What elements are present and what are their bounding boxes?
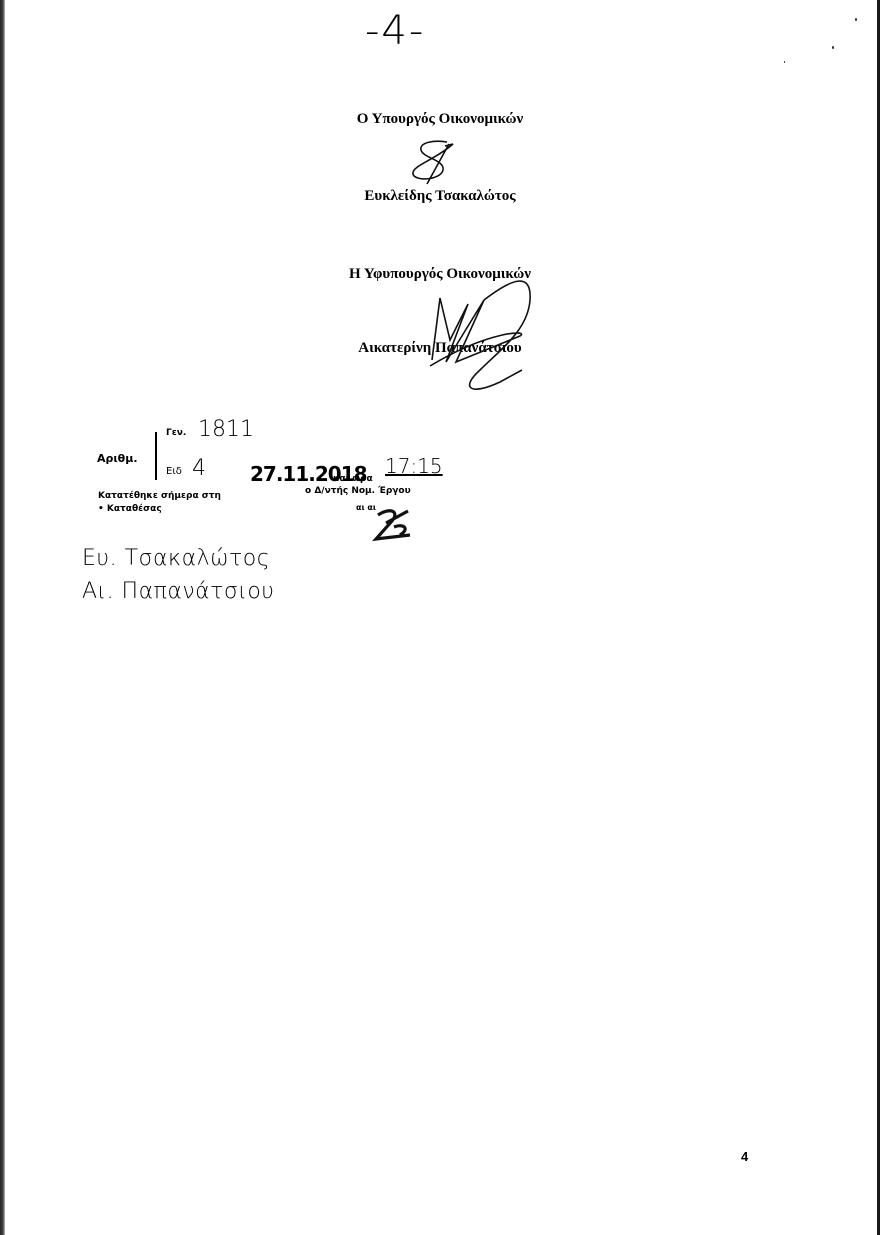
minister-name: Ευκλείδης Τσακαλώτος — [0, 188, 880, 205]
stamp-gen-value: 1811 — [198, 417, 254, 442]
stamp-katatethike-label: Κατατέθηκε σήμερα στη — [98, 491, 221, 501]
scan-edge-left — [0, 0, 5, 1235]
scan-speck — [784, 61, 785, 63]
stamp-arithm-label: Αριθμ. — [97, 452, 138, 465]
stamp-eid-label: Ειδ — [166, 466, 182, 477]
stamp-director-label: ο Δ/ντής Νομ. Έργου — [305, 486, 411, 496]
handwritten-name-1: Ευ. Τσακαλώτος — [82, 542, 275, 575]
stamp-eid-value: 4 — [192, 456, 206, 481]
deputy-minister-signature — [410, 270, 550, 400]
stamp-kai-ora-label: και ώρα — [333, 474, 373, 484]
page-number: 4 — [741, 1149, 748, 1164]
minister-signature — [405, 138, 465, 186]
minister-name-block: Ευκλείδης Τσακαλώτος — [0, 188, 880, 205]
stamp-time: 17:15 — [385, 454, 443, 478]
minister-title: Ο Υπουργός Οικονομικών — [0, 111, 880, 128]
scan-speck — [832, 46, 834, 49]
scan-speck — [855, 18, 857, 21]
stamp-divider — [155, 432, 157, 480]
handwritten-names: Ευ. Τσακαλώτος Αι. Παπανάτσιου — [82, 542, 275, 608]
stamp-initials-signature — [370, 505, 420, 545]
stamp-gen-label: Γεν. — [166, 428, 186, 438]
handwritten-name-2: Αι. Παπανάτσιου — [82, 575, 275, 608]
stamp-katathesas-label: • Καταθέσας — [98, 504, 162, 514]
minister-signature-block: Ο Υπουργός Οικονομικών — [0, 111, 880, 128]
handwritten-page-marker: -4- — [365, 8, 425, 54]
